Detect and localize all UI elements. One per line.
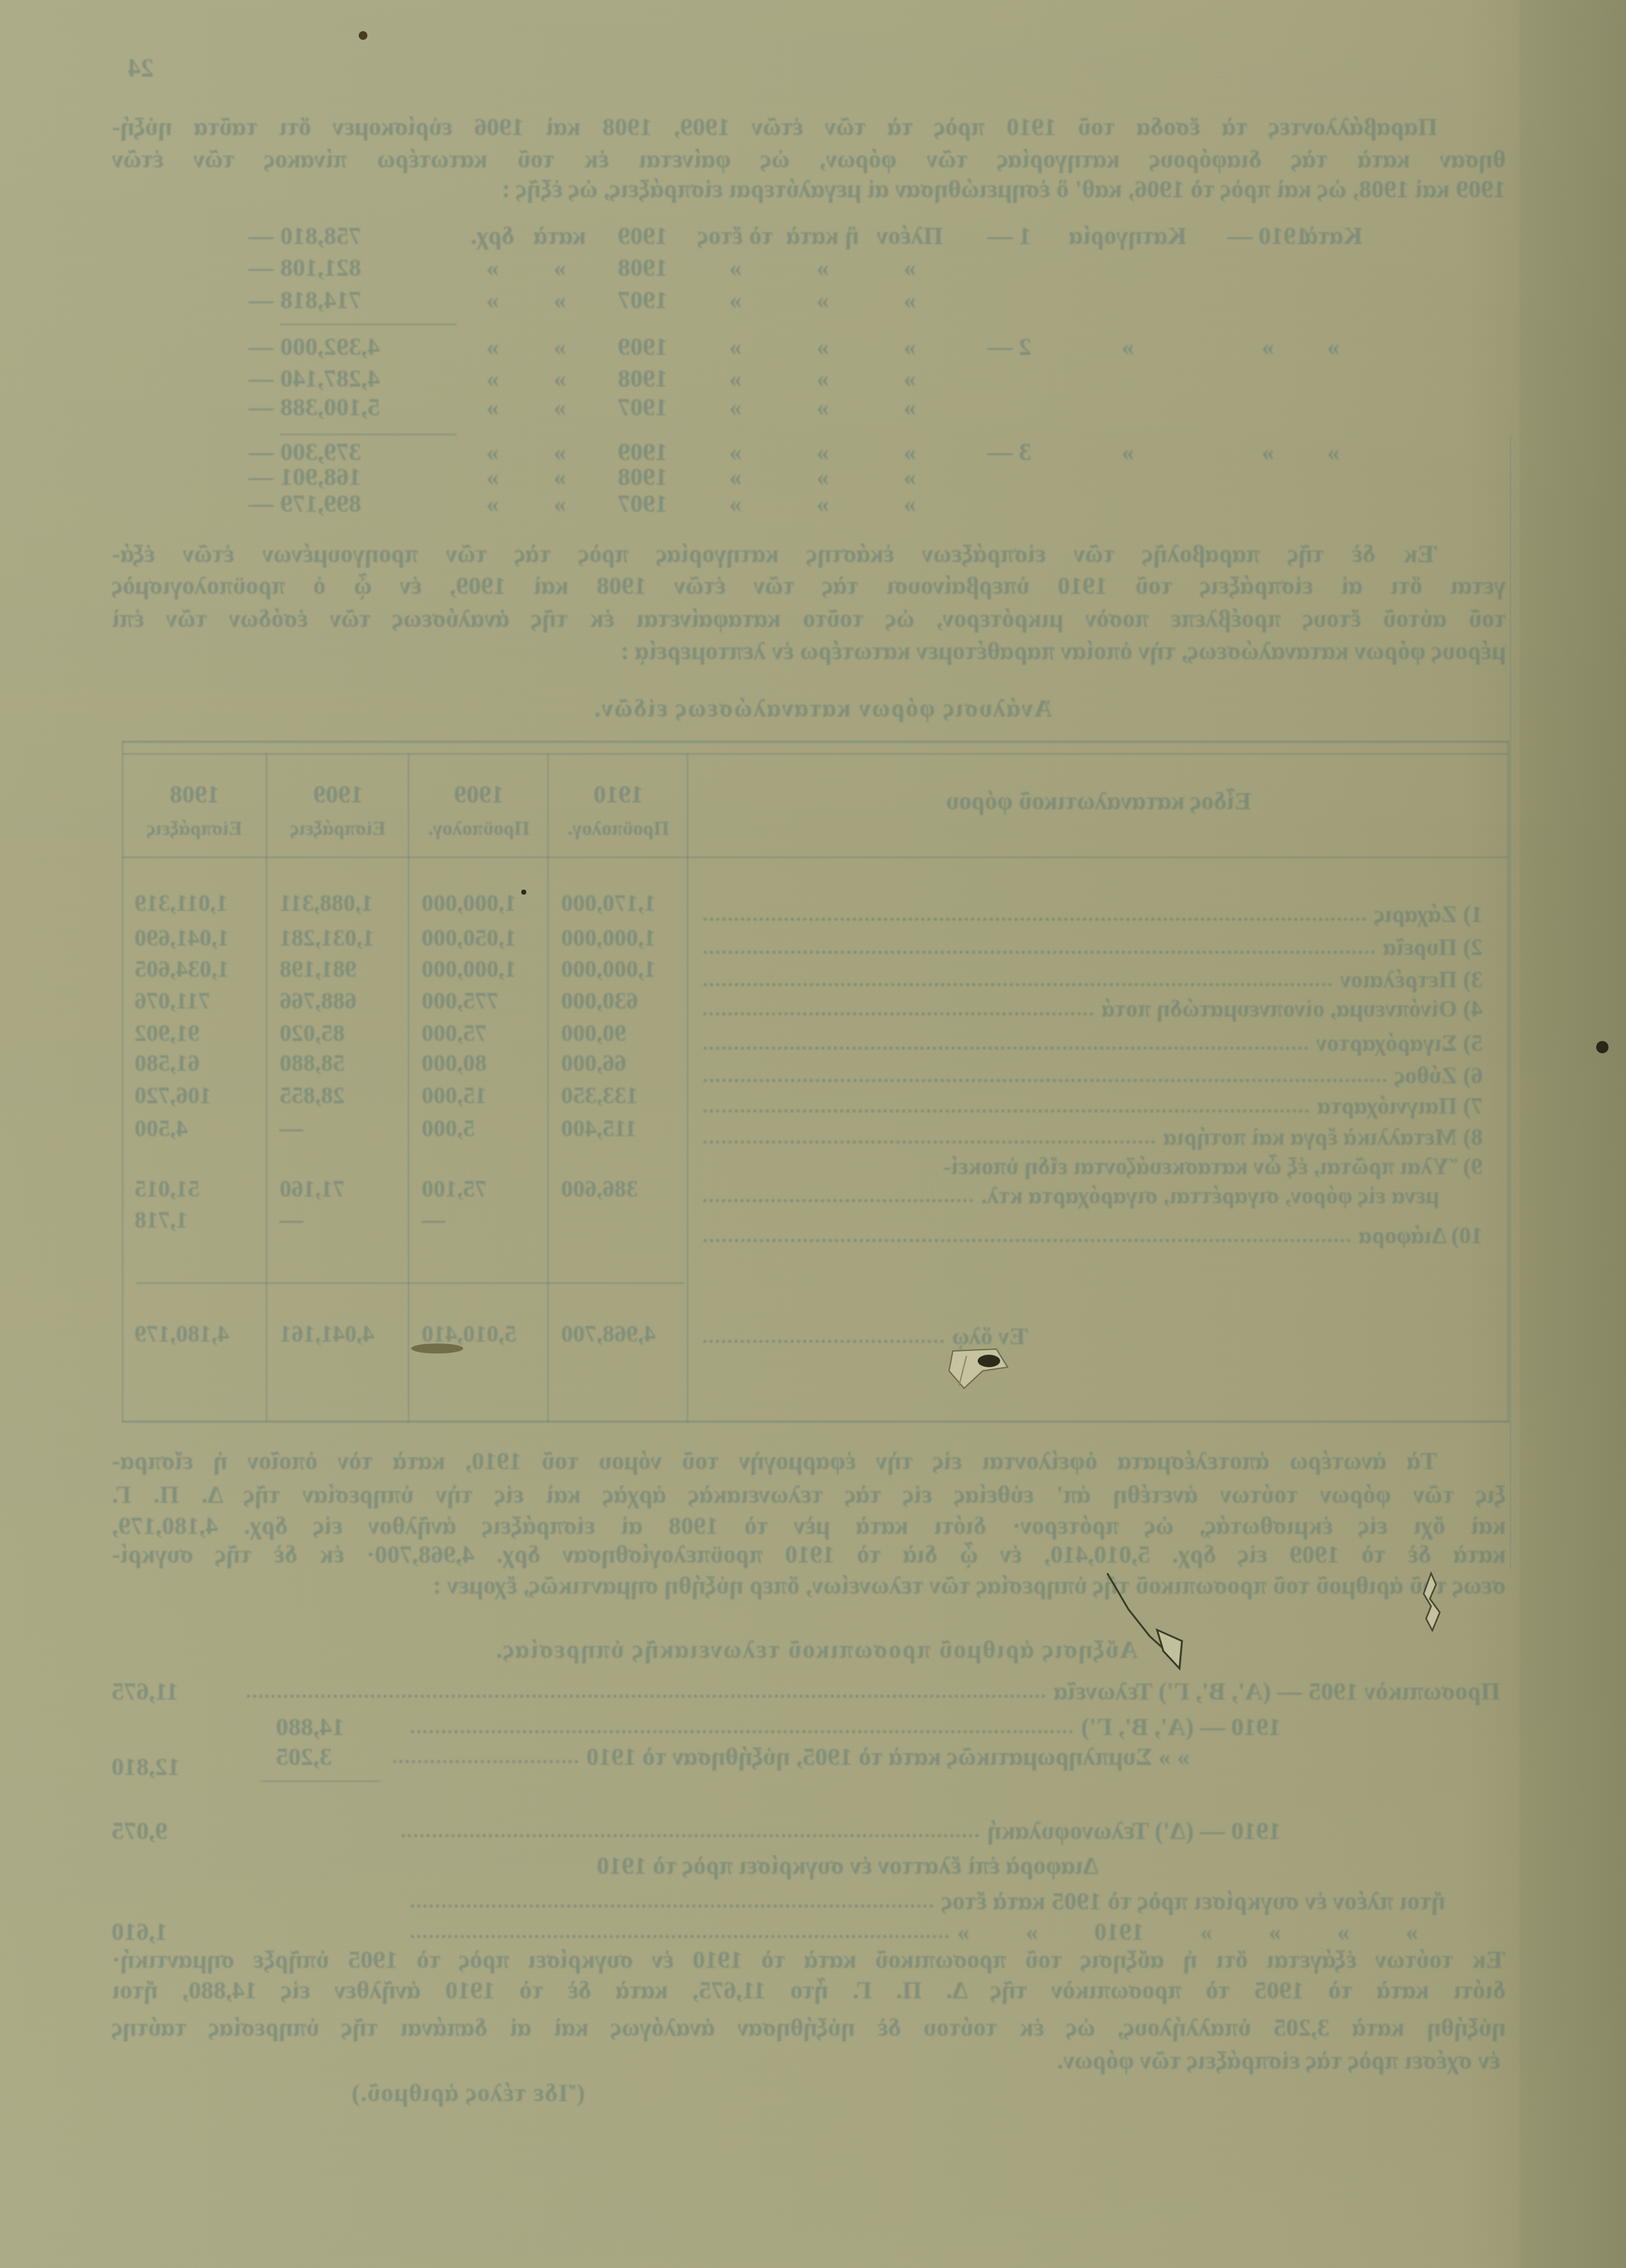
dot-leader xyxy=(703,983,1331,986)
table-cell-value: 1,050,000 xyxy=(422,922,545,954)
column-year-header: 1908 xyxy=(122,778,267,811)
dot-leader xyxy=(703,1109,1309,1113)
paragraph-line: σεως τοῦ ἀριθμοῦ τοῦ προσωπικοῦ τῆς ὑπηρ… xyxy=(223,1569,1506,1602)
table-row-description: 1) Ζάχαρις xyxy=(697,898,1483,931)
table-total-value: 4,041,161 xyxy=(280,1318,405,1350)
table-cell-value: 1,034,605 xyxy=(135,953,263,986)
staff-row: 1910 — (Α', Β', Γ') xyxy=(404,1711,1281,1743)
staff-row-label: Προσωπικὸν 1905 — (Α', Β', Γ') Τελωνεῖα xyxy=(1054,1675,1500,1708)
table-cell-value: 15,000 xyxy=(422,1080,545,1112)
scanned-page: 24 Παραβάλλοντες τὰ ἔσοδα τοῦ 1910 πρὸς … xyxy=(0,0,1626,2268)
table-row-description: 10) Διάφορα xyxy=(697,1220,1483,1252)
item-label: 1) Ζάχαρις xyxy=(1374,898,1483,931)
item-label: 6) Ζύθος xyxy=(1395,1060,1483,1092)
mirrored-bleed-through-text: 24 Παραβάλλοντες τὰ ἔσοδα τοῦ 1910 πρὸς … xyxy=(0,0,1626,2268)
dash: — xyxy=(248,487,273,520)
table-top-border xyxy=(122,741,1509,743)
table-cell-value xyxy=(561,1204,684,1236)
item-label: 8) Μεταλλικὰ ἔργα καὶ ποτήρια xyxy=(1163,1121,1483,1154)
table-cell-value: 58,880 xyxy=(280,1047,405,1080)
table-cell-value: 386,600 xyxy=(561,1173,684,1205)
comparison-row: »»»1907»»5,100,388— xyxy=(0,391,1626,423)
dash: — xyxy=(248,284,273,316)
table-cell-value: 1,000,000 xyxy=(561,922,684,954)
table-left-border xyxy=(1508,741,1509,1423)
table-cell-value: 106,720 xyxy=(135,1080,263,1112)
comparison-row: »»»1908»»4,287,140— xyxy=(0,362,1626,395)
table-cell-value: 66,000 xyxy=(561,1047,684,1080)
staff-row: Διαφορὰ ἐπὶ ἔλαττον ἐν συγκρίσει πρὸς τὸ… xyxy=(318,1850,1099,1882)
table-total-label-row: Ἐν ὅλῳ xyxy=(697,1320,1028,1353)
difference-amount: 5,100,388 xyxy=(280,391,448,423)
subtotal-divider xyxy=(280,434,456,435)
column-type-header: Προϋπολογ. xyxy=(549,814,688,842)
footer-note: (Ἴδε τέλος ἀριθμοῦ.) xyxy=(258,2077,678,2109)
item-label: 2) Πυρεῖα xyxy=(1383,931,1483,964)
item-label: 7) Παιγνιόχαρτα xyxy=(1318,1090,1483,1122)
table-row-description: 2) Πυρεῖα xyxy=(697,931,1483,964)
paragraph-line: μέρους φόρων καταναλώσεως, τὴν ὁποίαν πα… xyxy=(435,635,1506,667)
intro-line: θησαν κατὰ τὰς διαφόρους κατηγορίας τῶν … xyxy=(112,143,1506,176)
table-top-inner-border xyxy=(122,753,1509,755)
intro-line: 1909 καὶ 1908, ὡς καὶ πρὸς τὸ 1906, καθ'… xyxy=(319,173,1506,205)
column-type-header: Εἰσπράξεις xyxy=(122,814,267,842)
table-cell-value: 711,076 xyxy=(135,985,263,1017)
table-cell-value: — xyxy=(280,1204,405,1236)
table-cell-value: 85,020 xyxy=(280,1017,405,1050)
description-column-header: Εἶδος καταναλωτικοῦ φόρου xyxy=(688,785,1509,817)
dot-leader xyxy=(401,1834,978,1837)
dot-leader xyxy=(393,1760,578,1763)
dot-leader xyxy=(703,1199,973,1202)
table-cell-value: 115,400 xyxy=(561,1113,684,1145)
column-year-header: 1909 xyxy=(267,778,409,811)
difference-amount: 714,818 xyxy=(280,284,448,316)
item-label: 3) Πετρέλαιον xyxy=(1340,964,1483,996)
staff-row-label: Διαφορὰ ἐπὶ ἔλαττον ἐν συγκρίσει πρὸς τὸ… xyxy=(597,1850,1099,1882)
dash: — xyxy=(248,220,273,252)
dot-leader xyxy=(410,1904,933,1908)
staff-row-label: 1910 — (Δ') Τελωνοφυλακή xyxy=(987,1815,1281,1847)
paragraph-line: ηὐξήθη κατὰ 3,205 ὑπαλλήλους, ὡς ἐκ τούτ… xyxy=(112,2012,1506,2044)
table-cell-value: 1,031,281 xyxy=(280,922,405,954)
table-cell-value: 688,766 xyxy=(280,985,405,1017)
difference-amount: 821,108 xyxy=(280,252,448,284)
staff-difference-value: 14,880 xyxy=(276,1711,400,1743)
dash: — xyxy=(248,362,273,395)
category-label: » xyxy=(1059,331,1196,363)
item-label: 4) Οἰνόπνευμα, οἰνοπνευματώδη ποτά xyxy=(1102,993,1483,1025)
table-cell-value: 1,170,000 xyxy=(561,887,684,920)
table-row-description: 7) Παιγνιόχαρτα xyxy=(697,1090,1483,1122)
staff-row-label: » » Συμπληρωματικῶς κατὰ τὸ 1905, ηὐξήθη… xyxy=(587,1741,1189,1773)
dot-leader xyxy=(703,1340,943,1343)
table-cell-value: 1,000,000 xyxy=(422,887,545,920)
dot-leader xyxy=(703,951,1374,954)
base-year-label: 1910 — xyxy=(1199,220,1336,252)
dot-leader xyxy=(410,1935,948,1938)
column-divider xyxy=(687,753,688,1423)
staff-total-value: 9,075 xyxy=(111,1815,242,1847)
staff-list-title: Αὔξησις ἀριθμοῦ προσωπικοῦ τελωνειακῆς ὑ… xyxy=(318,1634,1315,1666)
staff-row: Προσωπικὸν 1905 — (Α', Β', Γ') Τελωνεῖα xyxy=(240,1675,1500,1708)
staff-total-value: 11,675 xyxy=(111,1675,242,1708)
paragraph-line: κατὰ δὲ τὸ 1909 εἰς δρχ. 5,010,410, ἐν ᾧ… xyxy=(112,1538,1506,1571)
staff-row-label: 1910 — (Α', Β', Γ') xyxy=(1081,1711,1281,1743)
comparison-row: Κατὰ1910 —Κατηγορία1 —Πλέονἢ κατὰτὸ ἔτος… xyxy=(0,220,1626,252)
staff-total-value: 12,810 xyxy=(111,1751,242,1783)
table-cell-value: — xyxy=(422,1204,545,1236)
dash: — xyxy=(248,331,273,363)
paragraph-line: διότι κατὰ τὸ 1905 τὸ προσωπικὸν τῆς Δ. … xyxy=(112,1974,1506,2007)
base-year-label: » xyxy=(1199,331,1336,363)
column-type-header: Εἰσπράξεις xyxy=(267,814,409,842)
staff-difference-value: 3,205 xyxy=(276,1741,400,1773)
dot-leader xyxy=(703,1239,1350,1242)
dot-leader xyxy=(246,1695,1045,1698)
table-row-description: 4) Οἰνόπνευμα, οἰνοπνευματώδη ποτά xyxy=(697,993,1483,1025)
difference-amount: 758,810 xyxy=(280,220,448,252)
staff-row: ἤτοι πλέον ἐν συγκρίσει πρὸς τὸ 1905 κατ… xyxy=(404,1885,1445,1917)
table-right-border xyxy=(122,741,123,1423)
dash: — xyxy=(248,391,273,423)
table-cell-value: 71,160 xyxy=(280,1173,405,1205)
column-year-header: 1910 xyxy=(549,778,688,811)
table-total-value: 4,968,700 xyxy=(561,1318,684,1350)
dot-leader xyxy=(703,1047,1308,1050)
table-cell-value: 630,000 xyxy=(561,985,684,1017)
table-row-description: 9) Ὕλαι πρῶται, ἐξ ὧν κατασκευάζονται εἴ… xyxy=(697,1150,1483,1183)
table-bottom-border xyxy=(122,1421,1509,1423)
dot-leader xyxy=(703,1079,1386,1082)
table-cell-value: 61,580 xyxy=(135,1047,263,1080)
difference-amount: 4,392,000 xyxy=(280,331,448,363)
table-row-description: 6) Ζύθος xyxy=(697,1060,1483,1092)
staff-row: » » Συμπληρωματικῶς κατὰ τὸ 1905, ηὐξήθη… xyxy=(387,1741,1189,1773)
subtotal-divider xyxy=(280,324,456,325)
dot-leader xyxy=(703,918,1366,921)
table-cell-value: 775,000 xyxy=(422,985,545,1017)
dot-leader xyxy=(703,1141,1155,1144)
table-cell-value: 133,350 xyxy=(561,1080,684,1112)
table-cell-value: 1,011,319 xyxy=(135,887,263,920)
staff-row: 1910 — (Δ') Τελωνοφυλακή xyxy=(395,1815,1281,1847)
table-cell-value: 5,000 xyxy=(422,1113,545,1145)
dash: — xyxy=(248,252,273,284)
paragraph-line: ἐν σχέσει πρὸς τὰς εἰσπράξεις τῶν φόρων. xyxy=(806,2044,1500,2077)
column-divider xyxy=(408,753,409,1423)
table-cell-value: 981,198 xyxy=(280,953,405,986)
comparison-row: »»»1908»»821,108— xyxy=(0,252,1626,284)
table-cell-value: — xyxy=(280,1113,405,1145)
comparison-row: »»»2 —»»»1909»»4,392,000— xyxy=(0,331,1626,363)
paragraph-line: ξις τῶν φόρων τούτων ἀνετέθη ἀπ' εὐθείας… xyxy=(112,1479,1506,1511)
table-cell-value: 75,100 xyxy=(422,1173,545,1205)
table-header-divider xyxy=(122,857,1509,858)
table-row-description: 5) Σιγαρόχαρτον xyxy=(697,1027,1483,1060)
item-label: μενα εἰς φόρον, σιγαρέτται, σιγαρόχαρτα … xyxy=(981,1180,1439,1212)
comparison-row: »»»1907»»714,818— xyxy=(0,284,1626,316)
item-label: 9) Ὕλαι πρῶται, ἐξ ὧν κατασκευάζονται εἴ… xyxy=(943,1150,1483,1183)
table-row-description-continued: μενα εἰς φόρον, σιγαρέτται, σιγαρόχαρτα … xyxy=(697,1180,1439,1212)
table-cell-value: 75,000 xyxy=(422,1017,545,1050)
paragraph-line: Ἐκ τούτων ἐξάγεται ὅτι ἡ αὔξησις τοῦ προ… xyxy=(112,1944,1506,1976)
item-label: 5) Σιγαρόχαρτον xyxy=(1316,1027,1483,1060)
table-cell-value: 1,718 xyxy=(135,1204,263,1236)
table-total-value: 5,010,410 xyxy=(422,1318,545,1350)
table-cell-value: 1,041,690 xyxy=(135,922,263,954)
table-cell-value: 4,500 xyxy=(135,1113,263,1145)
table-cell-value: 90,000 xyxy=(561,1017,684,1050)
total-label: Ἐν ὅλῳ xyxy=(952,1320,1028,1353)
table-total-value: 4,180,179 xyxy=(135,1318,263,1350)
table-sum-line xyxy=(136,1282,684,1284)
page-number: 24 xyxy=(113,54,169,83)
table-cell-value: 80,000 xyxy=(422,1047,545,1080)
category-label: Κατηγορία xyxy=(1059,220,1196,252)
table-title: Ἀνάλυσις φόρων καταναλώσεως εἰδῶν. xyxy=(324,692,1321,725)
item-label: 10) Διάφορα xyxy=(1359,1220,1483,1252)
table-cell-value: 1,000,000 xyxy=(561,953,684,986)
column-year-header: 1909 xyxy=(409,778,549,811)
paragraph-line: καὶ ὄχι εἰς ἐκμισθωτάς, ὡς πρότερον· διό… xyxy=(112,1510,1506,1542)
dot-leader xyxy=(410,1730,1072,1733)
dot-leader xyxy=(703,1012,1093,1015)
intro-line: Παραβάλλοντες τὰ ἔσοδα τοῦ 1910 πρὸς τὰ … xyxy=(112,111,1437,143)
table-row-description: 8) Μεταλλικὰ ἔργα καὶ ποτήρια xyxy=(697,1121,1483,1154)
difference-amount: 4,287,140 xyxy=(280,362,448,395)
comparison-row: »»»1907»»899,179— xyxy=(0,487,1626,520)
table-cell-value: 51,015 xyxy=(135,1173,263,1205)
column-divider xyxy=(266,753,267,1423)
column-divider xyxy=(547,753,549,1423)
paragraph-line: γεται ὅτι αἱ εἰσπράξεις τοῦ 1910 ὑπερβαί… xyxy=(112,570,1506,602)
table-cell-value: 28,855 xyxy=(280,1080,405,1112)
staff-row-label: ἤτοι πλέον ἐν συγκρίσει πρὸς τὸ 1905 κατ… xyxy=(942,1885,1445,1917)
table-cell-value: 1,088,311 xyxy=(280,887,405,920)
table-row-description: 3) Πετρέλαιον xyxy=(697,964,1483,996)
paragraph-line: Ἐκ δὲ τῆς παραβολῆς τῶν εἰσπράξεων ἑκάστ… xyxy=(112,538,1437,570)
difference-amount: 899,179 xyxy=(280,487,448,520)
table-cell-value: 1,000,000 xyxy=(422,953,545,986)
paragraph-line: Τὰ ἀνωτέρω ἀποτελέσματα ὀφείλονται εἰς τ… xyxy=(112,1445,1437,1477)
paragraph-line: τοῦ αὐτοῦ ἔτους προέβλεπε ποσὸν μικρότερ… xyxy=(112,603,1506,635)
difference-underline xyxy=(260,1781,380,1782)
table-cell-value: 91,902 xyxy=(135,1017,263,1050)
column-type-header: Προϋπολογ. xyxy=(409,814,549,842)
